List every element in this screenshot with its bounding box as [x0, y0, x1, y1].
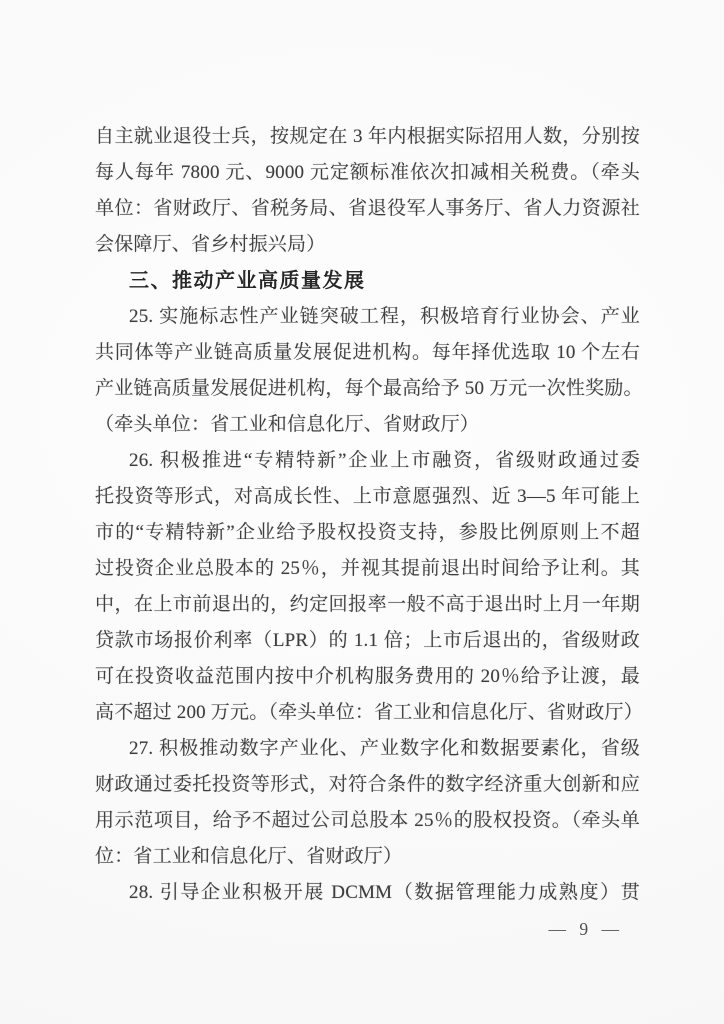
item-25-start-line: 25. 实施标志性产业链突破工程，积极培育行业协会、产业 — [95, 299, 640, 335]
text-line: 高不超过 200 万元。（牵头单位：省工业和信息化厅、省财政厅） — [95, 695, 640, 731]
section-heading: 三、推动产业高质量发展 — [95, 263, 640, 299]
text-line: 托投资等形式，对高成长性、上市意愿强烈、近 3—5 年可能上 — [95, 479, 640, 515]
text-line: 贷款市场报价利率（LPR）的 1.1 倍；上市后退出的，省级财政 — [95, 623, 640, 659]
text-line: 财政通过委托投资等形式，对符合条件的数字经济重大创新和应 — [95, 767, 640, 803]
text-line: 可在投资收益范围内按中介机构服务费用的 20％给予让渡，最 — [95, 659, 640, 695]
document-body: 自主就业退役士兵，按规定在 3 年内根据实际招用人数，分别按 每人每年 7800… — [95, 119, 640, 947]
item-27-start-line: 27. 积极推动数字产业化、产业数字化和数据要素化，省级 — [95, 731, 640, 767]
text-line: 会保障厅、省乡村振兴局） — [95, 227, 640, 263]
text-line: （牵头单位：省工业和信息化厅、省财政厅） — [95, 407, 640, 443]
text-line: 每人每年 7800 元、9000 元定额标准依次扣减相关税费。（牵头 — [95, 155, 640, 191]
text-line: 位：省工业和信息化厅、省财政厅） — [95, 839, 640, 875]
text-line: 中，在上市前退出的，约定回报率一般不高于退出时上月一年期 — [95, 587, 640, 623]
page-number: — 9 — — [95, 911, 640, 947]
text-line: 自主就业退役士兵，按规定在 3 年内根据实际招用人数，分别按 — [95, 119, 640, 155]
text-line: 过投资企业总股本的 25％，并视其提前退出时间给予让利。其 — [95, 551, 640, 587]
item-28-start-line: 28. 引导企业积极开展 DCMM（数据管理能力成熟度）贯 — [95, 875, 640, 911]
text-line: 用示范项目，给予不超过公司总股本 25％的股权投资。（牵头单 — [95, 803, 640, 839]
text-line: 共同体等产业链高质量发展促进机构。每年择优选取 10 个左右 — [95, 335, 640, 371]
text-line: 产业链高质量发展促进机构，每个最高给予 50 万元一次性奖励。 — [95, 371, 640, 407]
text-line: 单位：省财政厅、省税务局、省退役军人事务厅、省人力资源社 — [95, 191, 640, 227]
document-page: 自主就业退役士兵，按规定在 3 年内根据实际招用人数，分别按 每人每年 7800… — [0, 0, 724, 1024]
item-26-start-line: 26. 积极推进“专精特新”企业上市融资，省级财政通过委 — [95, 443, 640, 479]
text-line: 市的“专精特新”企业给予股权投资支持，参股比例原则上不超 — [95, 515, 640, 551]
